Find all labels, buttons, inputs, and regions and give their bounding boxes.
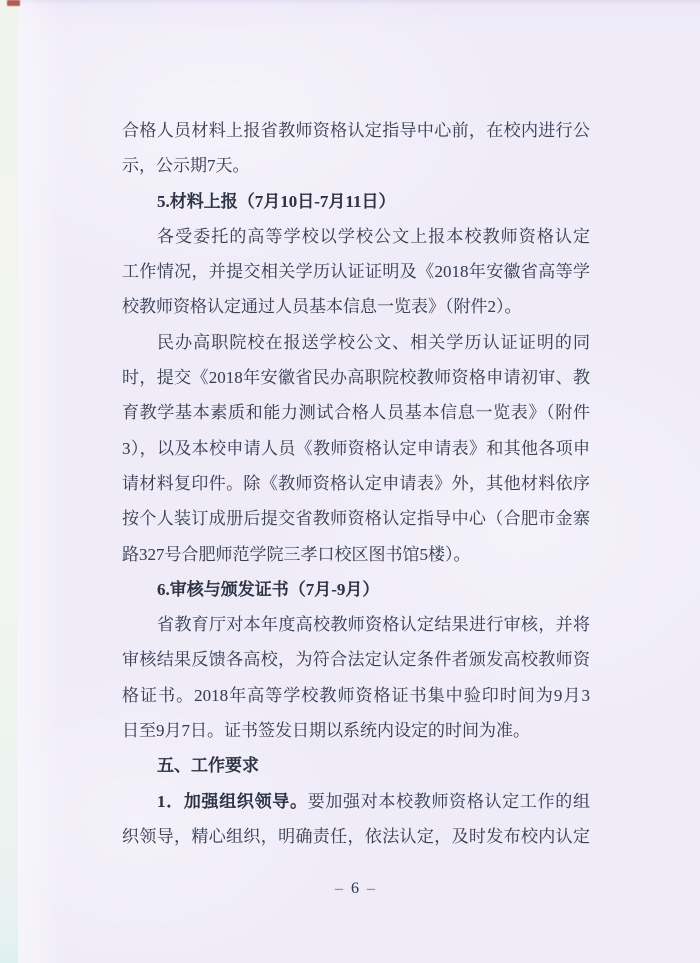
page-number-dash-left: – — [329, 880, 351, 897]
scanner-edge-strip — [0, 0, 18, 963]
document-line: 省教育厅对本年度高校教师资格认定结果进行审核，并将 — [122, 607, 590, 642]
page-number-value: 6 — [351, 880, 361, 897]
document-body: 合格人员材料上报省教师资格认定指导中心前，在校内进行公 示，公示期7天。 5.材… — [122, 113, 590, 907]
document-line: 民办高职院校在报送学校公文、相关学历认证证明的同 — [122, 325, 590, 360]
document-line: 请材料复印件。除《教师资格认定申请表》外，其他材料依序 — [122, 466, 590, 501]
section-heading-5: 5.材料上报（7月10日-7月11日） — [122, 184, 590, 219]
document-line: 日至9月7日。证书签发日期以系统内设定的时间为准。 — [122, 713, 590, 748]
document-line: 审核结果反馈各高校，为符合法定认定条件者颁发高校教师资 — [122, 642, 590, 677]
page-edge-shading — [18, 0, 64, 963]
bold-lead-in: 1．加强组织领导。 — [157, 792, 308, 811]
document-line: 各受委托的高等学校以学校公文上报本校教师资格认定 — [122, 219, 590, 254]
page-number: –6– — [122, 871, 590, 906]
line-continuation: 要加强对本校教师资格认定工作的组 — [308, 792, 590, 811]
document-line: 校教师资格认定通过人员基本信息一览表》（附件2）。 — [122, 289, 590, 324]
document-line: 时，提交《2018年安徽省民办高职院校教师资格申请初审、教 — [122, 360, 590, 395]
section-heading-wu: 五、工作要求 — [122, 748, 590, 783]
document-line: 织领导，精心组织，明确责任，依法认定，及时发布校内认定 — [122, 819, 590, 854]
section-heading-6: 6.审核与颁发证书（7月-9月） — [122, 572, 590, 607]
document-line: 格证书。2018年高等学校教师资格证书集中验印时间为9月3 — [122, 678, 590, 713]
document-line: 工作情况，并提交相关学历认证证明及《2018年安徽省高等学 — [122, 254, 590, 289]
document-line: 合格人员材料上报省教师资格认定指导中心前，在校内进行公 — [122, 113, 590, 148]
page-number-dash-right: – — [361, 880, 383, 897]
document-line: 3），以及本校申请人员《教师资格认定申请表》和其他各项申 — [122, 431, 590, 466]
scanned-document-page: 合格人员材料上报省教师资格认定指导中心前，在校内进行公 示，公示期7天。 5.材… — [0, 0, 700, 963]
document-line: 1．加强组织领导。要加强对本校教师资格认定工作的组 — [122, 784, 590, 819]
document-line: 示，公示期7天。 — [122, 148, 590, 183]
document-line: 育教学基本素质和能力测试合格人员基本信息一览表》（附件 — [122, 395, 590, 430]
document-line: 按个人装订成册后提交省教师资格认定指导中心（合肥市金寨 — [122, 501, 590, 536]
document-line: 路327号合肥师范学院三孝口校区图书馆5楼）。 — [122, 537, 590, 572]
red-corner-mark — [7, 0, 20, 6]
